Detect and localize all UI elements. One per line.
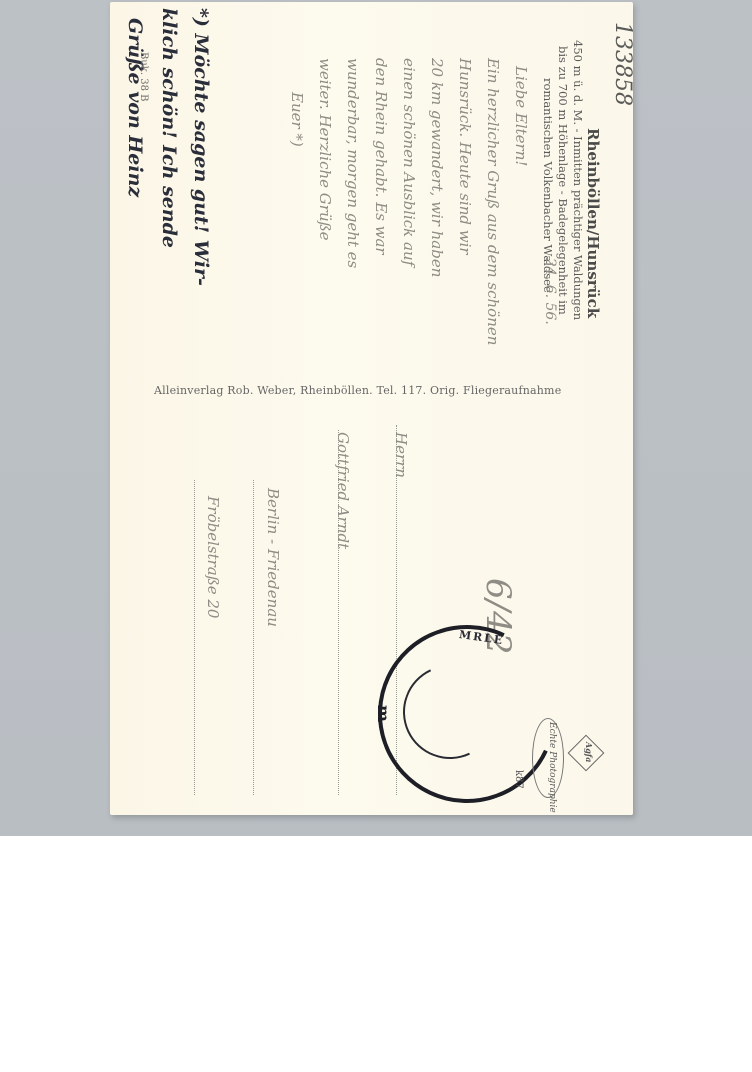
postcard-title: Rheinböllen/Hunsrück [584,128,602,318]
message-line: einen schönen Ausblick auf [400,58,418,266]
address-line: Berlin - Friedenau [264,488,282,627]
message-line: Euer *) [288,92,306,147]
catalog-number: 133858 [610,22,635,106]
message-line: wunderbar, morgen geht es [344,58,362,268]
printer-mark: Buk. 38 B [138,52,149,101]
postmark-letter: m [374,705,393,722]
message-line: Liebe Eltern! [512,66,530,166]
card-code: k87 [513,770,524,789]
message-line: Ein herzlicher Gruß aus dem schönen [484,58,502,345]
publisher-line: Alleinverlag Rob. Weber, Rheinböllen. Te… [154,384,561,397]
footnote-line: *) Möchte sagen gut! Wir- [190,8,212,286]
address-rule [194,480,195,795]
message-line: Hunsrück. Heute sind wir [456,58,474,255]
address-rule [253,480,254,795]
echte-photographie-text: Echte Photographie [547,722,557,813]
message-line: weiter. Herzliche Grüße [316,58,334,241]
address-line: Fröbelstraße 20 [204,496,222,618]
description-line: bis zu 700 m Höhenlage - Badegelegenheit… [556,46,570,315]
address-line: Gottfried Arndt [334,432,352,549]
description-line: 450 m ü. d. M. - Inmitten prächtiger Wal… [571,40,585,320]
address-line: Herrn [392,432,410,478]
message-line: 20 km gewandert, wir haben [428,58,446,277]
footnote-line: klich schön! Ich sende [158,8,180,248]
footnote-line: Grüße von Heinz [124,18,146,197]
message-line: den Rhein gehabt. Es war [372,58,390,255]
handwritten-date: 24. 6. 56. [542,258,558,325]
agfa-brand-text: Agfa [584,742,594,762]
